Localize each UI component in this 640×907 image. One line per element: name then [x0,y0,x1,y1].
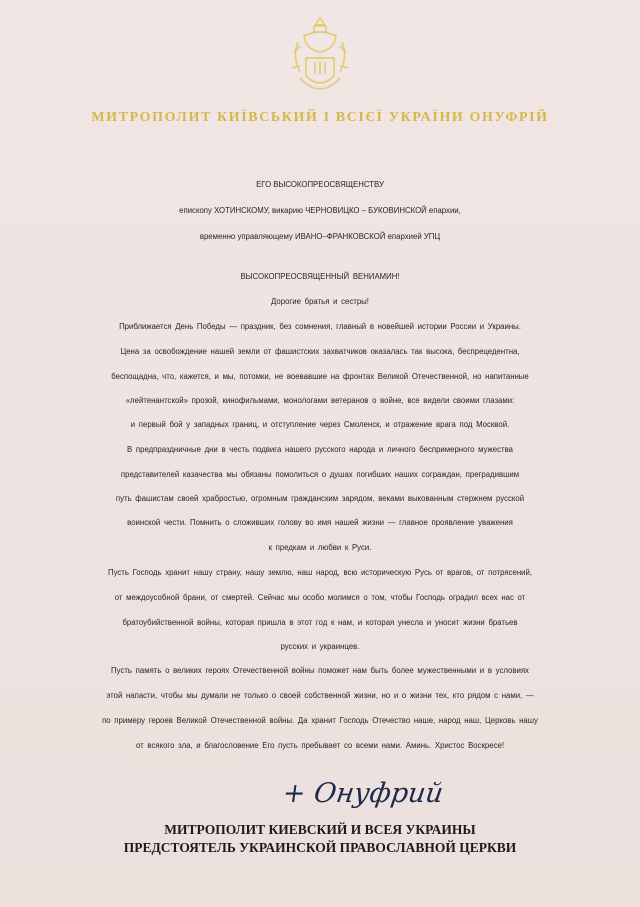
body-line: представителей казачества мы обязаны пом… [0,470,640,479]
address-line-3: временно управляющему ИВАНО–ФРАНКОВСКОЙ … [0,232,640,241]
signature-title-1: МИТРОПОЛИТ КИЕВСКИЙ И ВСЕЯ УКРАИНЫ [0,822,640,838]
salutation: ВЫСОКОПРЕОСВЯЩЕННЫЙ ВЕНИАМИН! [0,272,640,281]
letterhead-title: МИТРОПОЛИТ КИЇВСЬКИЙ І ВСІЄЇ УКРАЇНИ ОНУ… [0,110,640,126]
address-line-2: епископу ХОТИНСКОМУ, викарию ЧЕРНОВИЦКО … [0,206,640,215]
body-line: «лейтенантской» прозой, кинофильмами, мо… [0,396,640,405]
letter-page: МИТРОПОЛИТ КИЇВСЬКИЙ І ВСІЄЇ УКРАЇНИ ОНУ… [0,0,640,907]
body-line: Пусть Господь хранит нашу страну, нашу з… [0,568,640,577]
body-line: Пусть память о великих героях Отечествен… [0,666,640,675]
body-line: В предпраздничные дни в честь подвига на… [0,445,640,454]
body-line: Цена за освобождение нашей земли от фаши… [0,347,640,356]
address-line-1: ЕГО ВЫСОКОПРЕОСВЯЩЕНСТВУ [0,180,640,189]
body-line: путь фашистам своей храбростью, огромным… [0,494,640,503]
body-line: этой напасти, чтобы мы думали не только … [0,691,640,700]
greeting: Дорогие братья и сестры! [0,297,640,306]
body-line: к предкам и любви к Руси. [0,543,640,552]
body-line: по примеру героев Великой Отечественной … [0,716,640,725]
coat-of-arms-icon [284,12,356,100]
body-line: братоубийственной войны, которая пришла … [0,618,640,627]
body-line: воинской чести. Помнить о сложивших голо… [0,518,640,527]
handwritten-signature: + Онуфрий [281,778,445,809]
body-line: русских и украинцев. [0,642,640,651]
body-line: от междоусобной брани, от смертей. Сейча… [0,593,640,602]
body-line: Приближается День Победы — праздник, без… [0,322,640,331]
body-line: и первый бой у западных границ, и отступ… [0,420,640,429]
body-line: от всякого зла, и благословение Его пуст… [0,741,640,750]
signature-title-2: ПРЕДСТОЯТЕЛЬ УКРАИНСКОЙ ПРАВОСЛАВНОЙ ЦЕР… [0,840,640,856]
body-line: беспощадна, что, кажется, и мы, потомки,… [0,372,640,381]
